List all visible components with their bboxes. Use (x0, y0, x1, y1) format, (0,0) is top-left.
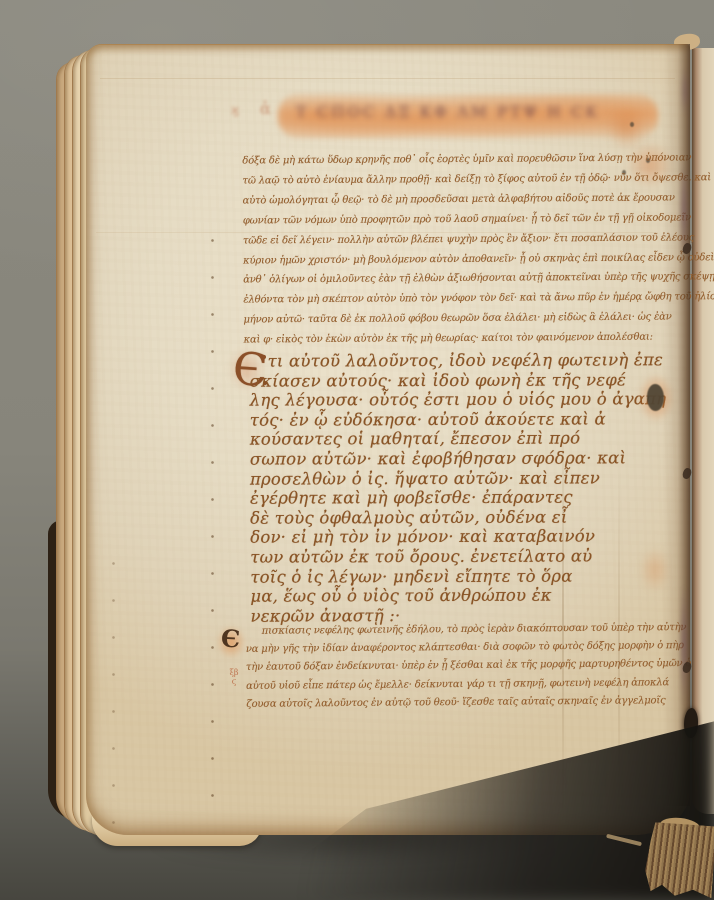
gospel-line: δὲ τοὺς ὀφθαλμοὺς αὐτῶν, οὐδένα εἶ (250, 507, 622, 528)
commentary-line: ζουσα αὐτοῖς λαλοῦντος ἐν αὐτῷ τοῦ θεοῦ·… (246, 692, 674, 714)
gospel-line: τός· ἐν ᾧ εὐδόκησα· αὐτοῦ ἀκούετε καὶ ἀ (250, 409, 622, 430)
gospel-line: των αὐτῶν ἐκ τοῦ ὄρους. ἐνετείλατο αὐ (250, 546, 622, 567)
frayed-tassel (644, 822, 714, 899)
commentary-line: τῶδε εἰ δεῖ λέγειν· πολλὴν αὐτῶν βλέπει … (243, 228, 669, 251)
gospel-text-block: τι αὐτοῦ λαλοῦντος, ἰδοὺ νεφέλη φωτεινὴ … (250, 350, 623, 626)
manuscript-photo: Τ ϹΠΟϹ ΔΞ ΚΦ ΛΜ ΡΤΨ Η ϹΚ ϗ ἀ δόξα δὲ μὴ … (0, 0, 714, 900)
commentary-line: αὐτὸ ὡμολόγηται ᾧ θεῷ· τὸ δὲ μὴ προσδεῦσ… (243, 188, 669, 211)
binding-stitch (681, 467, 692, 480)
decorated-initial-epsilon-small: Є (220, 626, 240, 653)
commentary-bottom-block: πισκίασις νεφέλης φωτεινῆς ἐδήλου, τὸ πρ… (246, 619, 675, 714)
gospel-line: τοῖς ὁ ἰς λέγων· μηδενὶ εἴπητε τὸ ὅρα (250, 566, 622, 587)
pricking-holes (211, 222, 214, 802)
ink-speck (630, 122, 634, 127)
gospel-line: μα, ἕως οὗ ὁ υἱὸς τοῦ ἀνθρώπου ἐκ (250, 585, 622, 606)
pricking-holes (112, 545, 115, 845)
gospel-line: τι αὐτοῦ λαλοῦντος, ἰδοὺ νεφέλη φωτεινὴ … (250, 350, 622, 371)
facing-page-sliver (692, 48, 714, 814)
gutter-purple-stain (679, 560, 689, 730)
red-margin-numeral: ξβ ϛ (227, 668, 241, 686)
gutter-purple-stain (679, 140, 689, 280)
gospel-line: σωπον αὐτῶν· καὶ ἐφοβήθησαν σφόδρα· καὶ (250, 448, 622, 469)
binding-stitch (681, 661, 692, 674)
commentary-line: τῶ λαῷ τὸ αὐτὸ ἐνίαυμα ἄλλην προθῇ· καὶ … (242, 168, 668, 191)
faded-margin-cross: ϗ (231, 103, 239, 118)
faded-margin-cross: ἀ (260, 99, 271, 118)
erased-rubric-traces: Τ ϹΠΟϹ ΔΞ ΚΦ ΛΜ ΡΤΨ Η ϹΚ (296, 103, 644, 125)
gutter-purple-stain (680, 56, 690, 126)
gospel-line: σκίασεν αὐτούς· καὶ ἰδοὺ φωνὴ ἐκ τῆς νεφ… (250, 370, 622, 391)
ruling-line (100, 78, 675, 79)
commentary-line: καὶ φ· εἰκὸς τὸν ἑκὼν αὐτὸν ἐκ τῆς μὴ θε… (244, 328, 670, 351)
gospel-line: λης λέγουσα· οὗτός ἐστι μου ὁ υἱός μου ὁ… (250, 390, 622, 411)
gospel-line: κούσαντες οἱ μαθηταί, ἔπεσον ἐπὶ πρό (250, 429, 622, 450)
gospel-line: προσελθὼν ὁ ἰς. ἥψατο αὐτῶν· καὶ εἶπεν (250, 468, 622, 489)
commentary-line: φωνίαν τῶν νόμων ὑπὸ προφητῶν πρὸ τοῦ λα… (243, 208, 669, 231)
gospel-line: ἐγέρθητε καὶ μὴ φοβεῖσθε· ἐπάραντες (250, 488, 622, 509)
commentary-top-block: δόξα δὲ μὴ κάτω ὕδωρ κρηνῆς ποθ᾽ οἷς ἑορ… (242, 149, 669, 351)
gospel-line: δον· εἰ μὴ τὸν ἰν μόνον· καὶ καταβαινόν (250, 527, 622, 548)
